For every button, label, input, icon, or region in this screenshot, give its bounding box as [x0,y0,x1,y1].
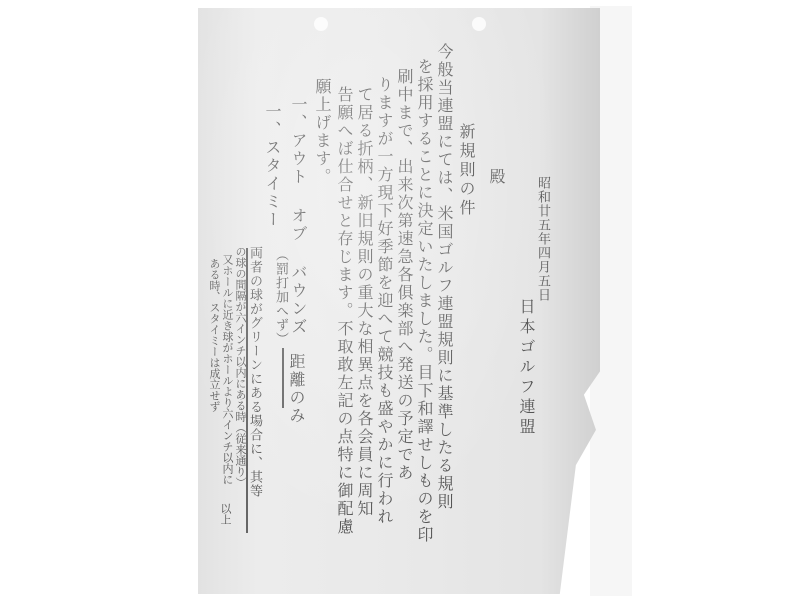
body-line: 願上げます。 [314,78,330,186]
document-page: 昭和廿五年四月五日 日本ゴルフ連盟 殿 新規則の件 今般当連盟にては、米国ゴルフ… [198,8,600,594]
body-line: 刷中まで、出来次第速急各俱楽部へ発送の予定であ [396,68,412,482]
body-line: 告願へば仕合せと存じます。不取敢左記の点特に御配慮 [336,86,352,536]
body-line: 今般当連盟にては、米国ゴルフ連盟規則に基準したる規則 [436,43,452,511]
body-line: を採用することに決定いたしました。目下和譯せしものを印 [416,58,432,544]
stymie-detail-line: 又ホールに近き球がホールより六インチ以内に [222,254,233,485]
annotation-line [282,348,284,408]
body-line: て居る折柄、新旧規則の重大な相異点を各会員に周知 [356,86,372,518]
stymie-detail-line: ある時、スタイミーは成立せず [209,258,220,412]
item-note-penalty: （罰打加へず） [274,248,287,346]
document-addressee: 殿 [488,168,504,186]
stymie-detail-line: の球の間隔が六インチ以内にある時（従来通り） [235,246,246,488]
body-line: りますが一方現下好季節を迎へて競技も盛やかに行われ [376,76,392,526]
document-issuer: 日本ゴルフ連盟 [518,298,534,438]
page-mark: 以上 [220,503,231,525]
document-subject: 新規則の件 [458,123,474,218]
punch-hole-icon [472,17,486,31]
punch-hole-icon [314,17,328,31]
item-label-stymie: 一、スタイミー [264,103,280,229]
item-label-out-of-bounds: 一、アウト オブ バウンズ [290,96,306,336]
stymie-detail-line: 両者の球がグリーンにある場合に、其等 [248,246,261,498]
item-detail-distance: 距離のみ [288,353,304,425]
document-date: 昭和廿五年四月五日 [536,176,549,302]
annotation-line [246,248,248,533]
